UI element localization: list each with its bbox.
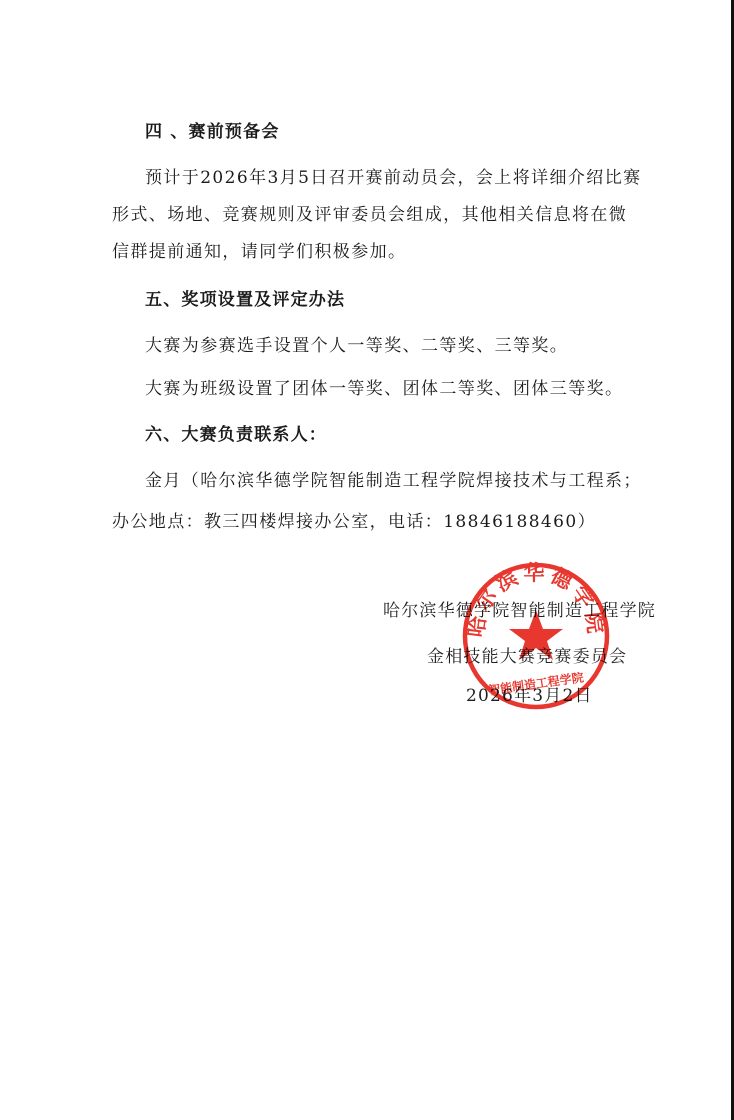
star-icon bbox=[509, 610, 563, 660]
section-heading: 五、奖项设置及评定办法 bbox=[145, 289, 345, 311]
paragraph-line: 信群提前通知，请同学们积极参加。 bbox=[112, 241, 406, 263]
section-heading: 四 、赛前预备会 bbox=[145, 121, 280, 143]
section-heading: 六、大赛负责联系人： bbox=[145, 424, 327, 446]
paragraph-line: 形式、场地、竞赛规则及评审委员会组成，其他相关信息将在微 bbox=[112, 204, 627, 226]
paragraph-line: 大赛为班级设置了团体一等奖、团体二等奖、团体三等奖。 bbox=[145, 378, 623, 400]
paragraph-line: 大赛为参赛选手设置个人一等奖、二等奖、三等奖。 bbox=[145, 335, 568, 357]
paragraph-line: 预计于2026年3月5日召开赛前动员会，会上将详细介绍比赛 bbox=[145, 167, 642, 189]
paragraph-line: 办公地点：教三四楼焊接办公室，电话：18846188460） bbox=[112, 511, 596, 533]
paragraph-line: 金月（哈尔滨华德学院智能制造工程学院焊接技术与工程系； bbox=[145, 470, 642, 492]
stamp-bottom-text: 智能制造工程学院 bbox=[487, 669, 585, 697]
official-stamp: 哈尔滨华德学院 智能制造工程学院 bbox=[460, 560, 612, 712]
